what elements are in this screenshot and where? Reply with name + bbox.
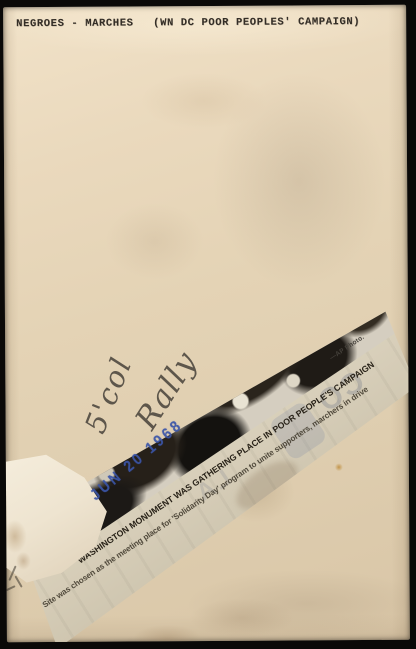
typed-subject-label: NEGROES - MARCHES	[16, 17, 133, 30]
news-clipping: CO LA —AP Photo. WASHINGTON MONUMENT WAS…	[3, 286, 410, 642]
pencil-scribble	[8, 563, 26, 599]
handwritten-size-note: 5'col	[78, 352, 139, 438]
photo-frame: NEGROES - MARCHES (WN DC POOR PEOPLES' C…	[0, 0, 416, 649]
photo-back-paper: NEGROES - MARCHES (WN DC POOR PEOPLES' C…	[3, 5, 410, 642]
typed-campaign-label: (WN DC POOR PEOPLES' CAMPAIGN)	[153, 16, 360, 29]
